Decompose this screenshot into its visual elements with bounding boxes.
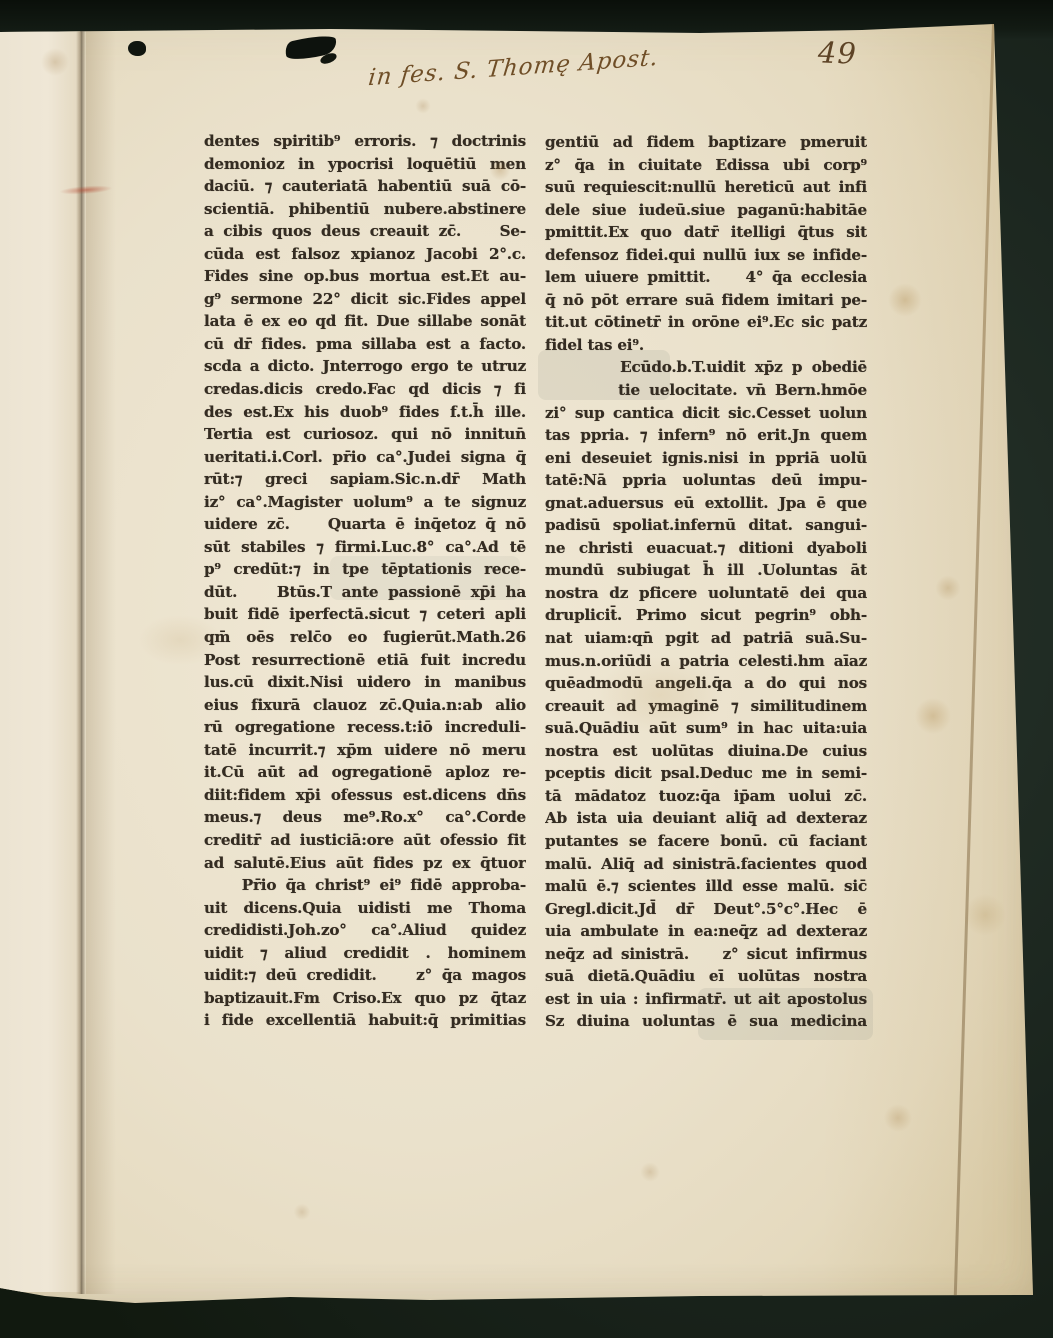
text-line: tatē:Nā ppria uoluntas deū impu- [545, 469, 867, 492]
text-line: nostra dz pficere uoluntatē dei qua [545, 582, 867, 605]
text-line: suā dietā.Quādiu eī uolūtas nostra [545, 965, 867, 988]
page-right-edge [954, 23, 995, 1299]
text-line: a cibis quos deus creauit zc̄. Se- [204, 220, 526, 243]
ink-blot [128, 41, 146, 56]
text-line: dūt. Btūs.T ante passionē xp̄i ha [204, 581, 526, 604]
text-line: rū ogregatione recess.t:iō increduli- [204, 716, 526, 739]
text-line: malū. Aliq̄ ad sinistrā.facientes quod [545, 853, 867, 876]
text-line: credidisti.Joh.zo° ca°.Aliud quidez [204, 919, 526, 942]
text-line: putantes se facere bonū. cū faciant [545, 830, 867, 853]
text-line: z° q̄a in ciuitate Edissa ubi corp⁹ [545, 154, 867, 177]
text-line: qm̄ oēs relc̄o eo fugierūt.Math.26 [204, 626, 526, 649]
text-line: uit dicens.Quia uidisti me Thoma [204, 897, 526, 920]
text-line: lus.cū dixit.Nisi uidero in manibus [204, 671, 526, 694]
text-line: uidit ⁊ aliud credidit . hominem [204, 942, 526, 965]
text-line: ad salutē.Eius aūt fides pz ex q̄tuor [204, 852, 526, 875]
text-line: Ab ista uia deuiant aliq̄ ad dexteraz [545, 807, 867, 830]
text-line: dele siue iudeū.siue paganū:habitāe [545, 199, 867, 222]
text-line: Sz diuina uoluntas ē sua medicina [545, 1010, 867, 1033]
text-line: tas ppria. ⁊ infern⁹ nō erit.Jn quem [545, 424, 867, 447]
text-line: eni deseuiet ignis.nisi in ppriā uolū [545, 447, 867, 470]
text-line: tatē incurrit.⁊ xp̄m uidere nō meru [204, 739, 526, 762]
text-line: cū dr̄ fides. pma sillaba est a facto. [204, 333, 526, 356]
text-line: gnat.aduersus eū extollit. Jpa ē que [545, 492, 867, 515]
text-line: des est.Ex his duob⁹ fides f.t.h̄ ille. [204, 401, 526, 424]
text-line: ueritati.i.Corl. pr̄io ca°.Judei signa q… [204, 446, 526, 469]
text-line: p⁹ credūt:⁊ in tpe tēptationis rece- [204, 558, 526, 581]
text-line: malū ē.⁊ scientes illd esse malū. sic̄ [545, 875, 867, 898]
text-line: cūda est falsoz xpianoz Jacobi 2°.c. [204, 243, 526, 266]
text-line: padisū spoliat.infernū ditat. sangui- [545, 514, 867, 537]
text-line: Gregl.dicit.Jd̄ dr̄ Deut°.5°c°.Hec ē [545, 898, 867, 921]
gutter-crease [76, 30, 86, 1294]
text-line: dentes spiritib⁹ erroris. ⁊ doctrinis [204, 130, 526, 153]
text-line: sūt stabiles ⁊ firmi.Luc.8° ca°.Ad tē [204, 536, 526, 559]
text-line: q̄ nō pōt errare suā fidem imitari pe- [545, 289, 867, 312]
text-line: baptizauit.Fm Criso.Ex quo pz q̄taz [204, 987, 526, 1010]
text-line: uidit:⁊ deū credidit. z° q̄a magos [204, 964, 526, 987]
text-line: gentiū ad fidem baptizare pmeruit [545, 131, 867, 154]
text-line: g⁹ sermone 22° dicit sic.Fides appel [204, 288, 526, 311]
text-line: i fide excellentiā habuit:q̄ primitias [204, 1009, 526, 1032]
text-line: tit.ut cōtinetr̄ in orōne ei⁹.Ec sic pat… [545, 311, 867, 334]
book-page: in fes. S. Thomę Apost. 49 dentes spirit… [0, 0, 1053, 1338]
text-line: Tertia est curiosoz. qui nō innitun̄ [204, 423, 526, 446]
text-line: meus.⁊ deus me⁹.Ro.x° ca°.Corde [204, 806, 526, 829]
text-line: uidere zc̄. Quarta ē inq̄etoz q̄ nō [204, 513, 526, 536]
text-line: nat uiam:qn̄ pgit ad patriā suā.Su- [545, 627, 867, 650]
text-line: Fides sine op.bus mortua est.Et au- [204, 265, 526, 288]
text-line: Ecūdo.b.T.uidit xp̄z p obediē [545, 356, 867, 379]
text-line: creditr̄ ad iusticiā:ore aūt ofessio fit [204, 829, 526, 852]
text-line: mus.n.oriūdi a patria celesti.hm aīaz [545, 650, 867, 673]
text-line: daciū. ⁊ cauteriatā habentiū suā cō- [204, 175, 526, 198]
underlying-page-edge [0, 30, 80, 1292]
text-line: tā mādatoz tuoz:q̄a ip̄am uolui zc̄. [545, 785, 867, 808]
text-line: zi° sup cantica dicit sic.Cesset uolun [545, 402, 867, 425]
text-line: defensoz fidei.qui nullū iux se infide- [545, 244, 867, 267]
text-line: tie uelocitate. vn̄ Bern.hmōe [545, 379, 867, 402]
text-line: est in uia : infirmatr̄. ut ait apostolu… [545, 988, 867, 1011]
gutter-shading [86, 30, 116, 1294]
text-line: demonioz in ypocrisi loquētiū men [204, 153, 526, 176]
text-line: Post resurrectionē etiā fuit incredu [204, 649, 526, 672]
text-line: mundū subiugat h̄ ill .Uoluntas āt [545, 559, 867, 582]
text-line: lata ē ex eo qd fit. Due sillabe sonāt [204, 310, 526, 333]
handwritten-annotation: in fes. S. Thomę Apost. [367, 43, 689, 92]
text-line: buit fidē iperfectā.sicut ⁊ ceteri apli [204, 603, 526, 626]
text-column-left: dentes spiritib⁹ erroris. ⁊ doctrinisdem… [204, 130, 526, 1032]
foxing-stains [0, 0, 1053, 1338]
text-column-right: gentiū ad fidem baptizare pmeruitz° q̄a … [545, 131, 867, 1033]
text-line: scientiā. phibentiū nubere.abstinere [204, 198, 526, 221]
text-line: credas.dicis credo.Fac qd dicis ⁊ fi [204, 378, 526, 401]
text-line: uia ambulate in ea:neq̄z ad dexteraz [545, 920, 867, 943]
text-line: neq̄z ad sinistrā. z° sicut infirmus [545, 943, 867, 966]
text-line: rūt:⁊ greci sapiam.Sic.n.dr̄ Math [204, 468, 526, 491]
text-line: scda a dicto. Jnterrogo ergo te utruz [204, 355, 526, 378]
text-line: nostra est uolūtas diuina.De cuius [545, 740, 867, 763]
text-line: ne christi euacuat.⁊ ditioni dyaboli [545, 537, 867, 560]
text-line: pceptis dicit psal.Deduc me in semi- [545, 762, 867, 785]
text-line: iz° ca°.Magister uolum⁹ a te signuz [204, 491, 526, 514]
text-line: creauit ad ymaginē ⁊ similitudinem [545, 695, 867, 718]
text-line: quēadmodū angeli.q̄a a do qui nos [545, 672, 867, 695]
text-line: it.Cū aūt ad ogregationē aploz re- [204, 761, 526, 784]
text-line: druplicit̄. Primo sicut pegrin⁹ obh- [545, 604, 867, 627]
page-number: 49 [817, 35, 857, 70]
text-line: suā.Quādiu aūt sum⁹ in hac uita:uia [545, 717, 867, 740]
text-line: diit:fidem xp̄i ofessus est.dicens dn̄s [204, 784, 526, 807]
book-photo: in fes. S. Thomę Apost. 49 dentes spirit… [0, 0, 1053, 1338]
text-line: fidel tas ei⁹. [545, 334, 867, 357]
text-line: Pr̄io q̄a christ⁹ ei⁹ fidē approba- [204, 874, 526, 897]
text-line: eius fixurā clauoz zc̄.Quia.n:ab alio [204, 694, 526, 717]
text-line: suū requiescit:nullū hereticū aut infi [545, 176, 867, 199]
text-line: lem uiuere pmittit. 4° q̄a ecclesia [545, 266, 867, 289]
text-line: pmittit.Ex quo datr̄ itelligi q̄tus sit [545, 221, 867, 244]
